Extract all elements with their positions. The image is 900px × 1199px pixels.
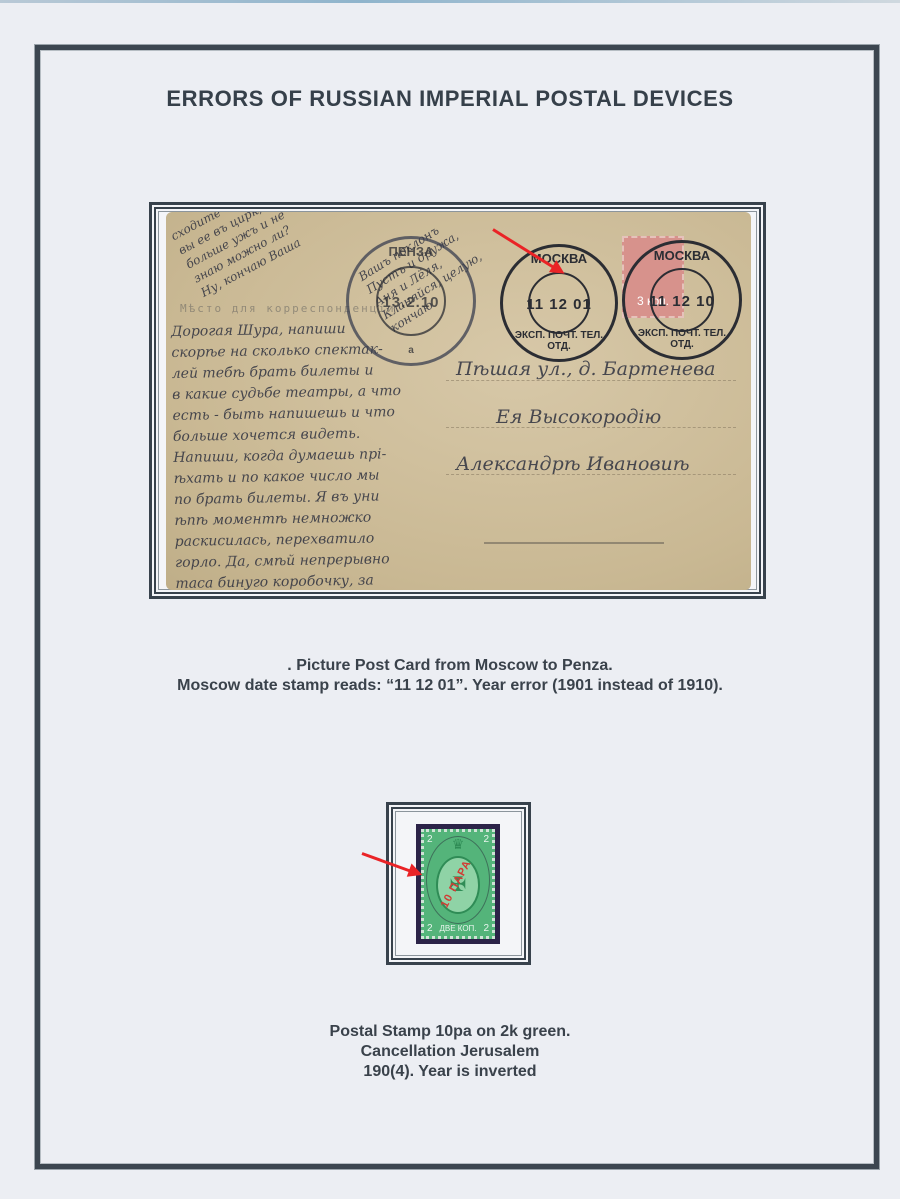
side-note: сходите вы ее въ цирк, больше ужъ и не з…	[168, 212, 303, 301]
jerusalem-cancel	[426, 836, 490, 924]
postage-stamp-10pa: 2 2 2 2 ♛ ✠ 10 ПАРА ДВЕ КОП.	[421, 829, 495, 939]
page-title: ERRORS OF RUSSIAN IMPERIAL POSTAL DEVICE…	[0, 86, 900, 112]
stamp-caption: Postal Stamp 10pa on 2k green. Cancellat…	[0, 1022, 900, 1082]
address-line-1: Пѣшая ул., д. Бартенева	[456, 357, 716, 381]
address-line-3: Александрѣ Ивановиѣ	[456, 452, 690, 476]
address-line-2: Ея Высокородію	[496, 405, 661, 429]
moscow-stamp-cancel: МОСКВА 11 12 10 ЭКСП. ПОЧТ. ТЕЛ. ОТД.	[622, 240, 742, 360]
handwritten-message: Дорогая Шура, напиши скорѣе на сколько с…	[171, 318, 407, 590]
postcard-caption: . Picture Post Card from Moscow to Penza…	[0, 656, 900, 696]
address-line	[484, 542, 664, 544]
penza-cancel: ПЕНЗА 13.2.10 а	[346, 236, 476, 366]
postcard-image: Мѣсто для корреспонденціи сходите вы ее …	[166, 212, 751, 590]
scan-top-edge	[0, 0, 900, 3]
